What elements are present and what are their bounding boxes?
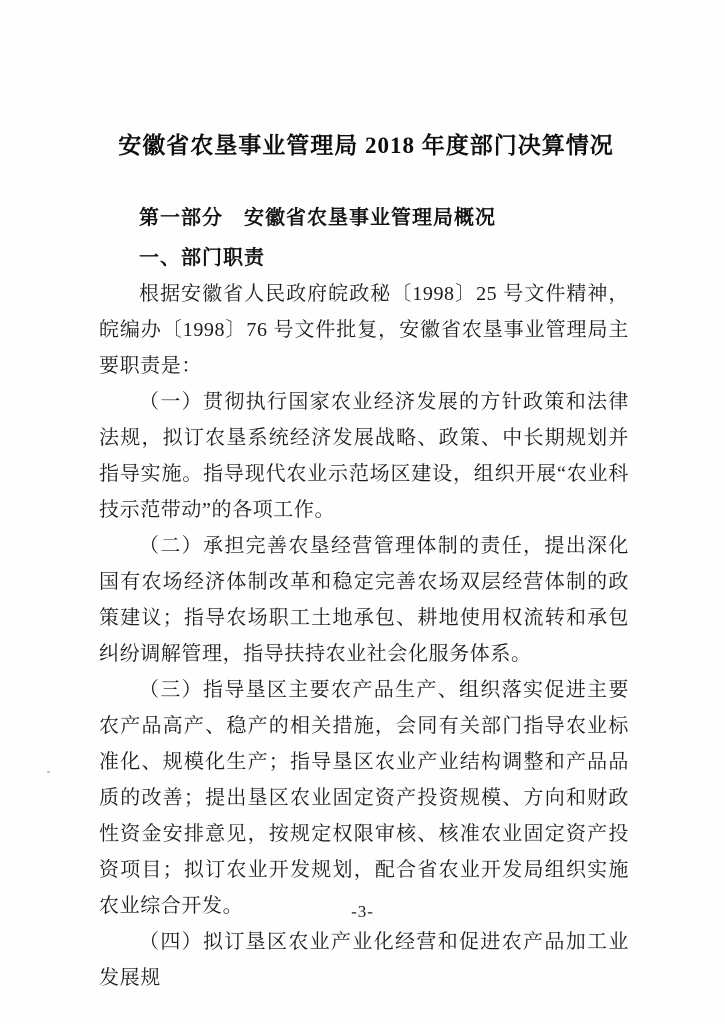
- subsection-heading-duties: 一、部门职责: [99, 231, 629, 271]
- paragraph-duty-2: （二）承担完善农垦经营管理体制的责任，提出深化国有农场经济体制改革和稳定完善农场…: [99, 528, 629, 672]
- paragraph-intro: 根据安徽省人民政府皖政秘〔1998〕25 号文件精神，皖编办〔1998〕76 号…: [99, 276, 629, 384]
- document-page: 安徽省农垦事业管理局 2018 年度部门决算情况 第一部分 安徽省农垦事业管理局…: [0, 0, 725, 1024]
- section-heading-part-one: 第一部分 安徽省农垦事业管理局概况: [99, 161, 629, 231]
- page-number: -3-: [0, 902, 725, 922]
- paragraph-duty-3: （三）指导垦区主要农产品生产、组织落实促进主要农产品高产、稳产的相关措施，会同有…: [99, 672, 629, 924]
- document-title: 安徽省农垦事业管理局 2018 年度部门决算情况: [99, 0, 629, 161]
- body-text: 根据安徽省人民政府皖政秘〔1998〕25 号文件精神，皖编办〔1998〕76 号…: [99, 276, 629, 996]
- paragraph-duty-4-partial: （四）拟订垦区农业产业化经营和促进农产品加工业发展规: [99, 924, 629, 996]
- document-content: 安徽省农垦事业管理局 2018 年度部门决算情况 第一部分 安徽省农垦事业管理局…: [99, 0, 629, 996]
- scan-speck: [47, 771, 50, 773]
- paragraph-duty-1: （一）贯彻执行国家农业经济发展的方针政策和法律法规，拟订农垦系统经济发展战略、政…: [99, 384, 629, 528]
